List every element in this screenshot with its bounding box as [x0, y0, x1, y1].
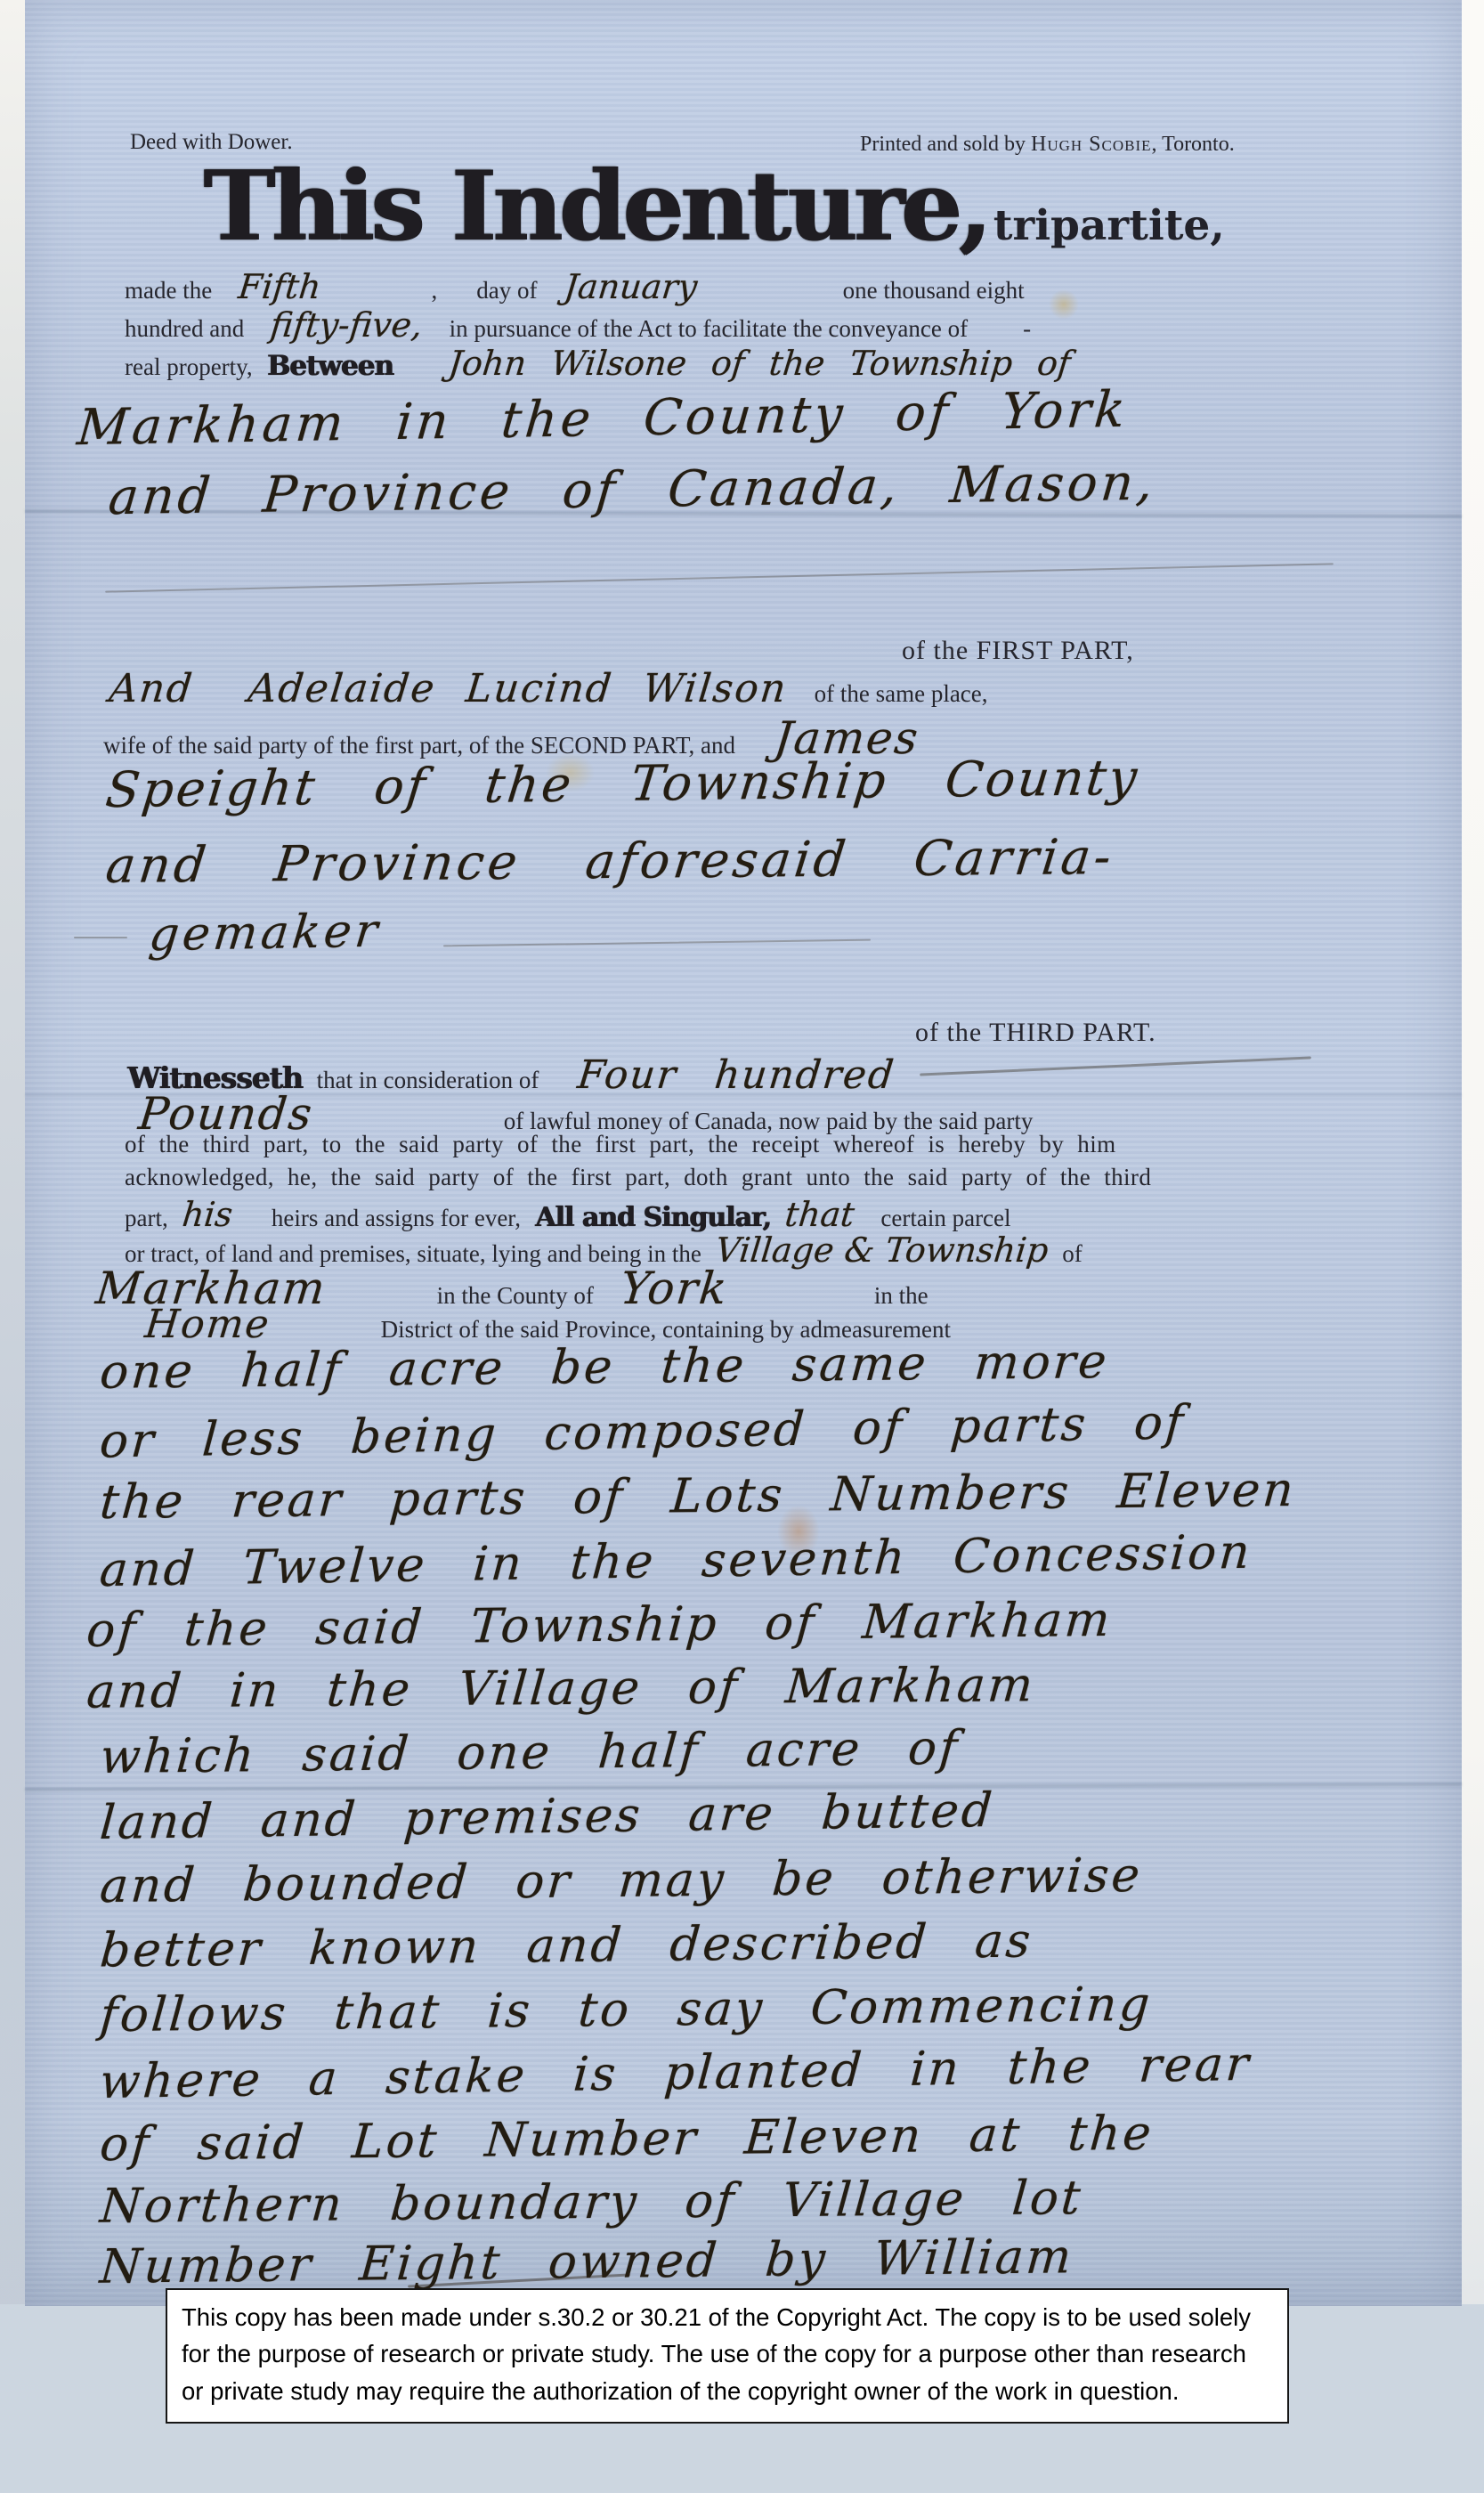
receipt-line-1: of the third part, to the said party of …	[125, 1131, 1116, 1158]
made-the-label: made the	[125, 277, 212, 304]
description-line: better known and described as	[98, 1914, 1034, 1978]
receipt-line-2: acknowledged, he, the said party of the …	[125, 1164, 1151, 1191]
part-word-label: part,	[125, 1205, 168, 1231]
description-line: Northern boundary of Village lot	[98, 2171, 1085, 2234]
scanned-deed-page: Deed with Dower. Printed and sold by Hug…	[25, 0, 1462, 2306]
opening-line-2: hundred and fifty-five, in pursuance of …	[125, 305, 1031, 345]
description-line: and bounded or may be otherwise	[98, 1848, 1144, 1913]
description-line: and Twelve in the seventh Concession	[98, 1525, 1254, 1597]
printer-imprint-suffix: , Toronto.	[1152, 133, 1235, 156]
day-of-label: day of	[476, 277, 537, 304]
ink-stroke	[74, 937, 127, 938]
hundred-and-label: hundred and	[125, 315, 244, 342]
same-place-label: of the same place,	[815, 680, 988, 707]
description-line: Number Eight owned by William	[98, 2229, 1075, 2294]
opening-line-1: made the Fifth , day of January one thou…	[125, 267, 1025, 306]
month-value-handwritten: January	[562, 267, 699, 306]
description-line: follows that is to say Commencing	[98, 1977, 1154, 2042]
scan-right-margin	[1460, 0, 1484, 2493]
copyright-notice: This copy has been made under s.30.2 or …	[166, 2288, 1289, 2424]
description-line: the rear parts of Lots Numbers Eleven	[98, 1463, 1298, 1530]
page-title: This Indenture,	[203, 150, 988, 263]
description-line: or less being composed of parts of	[98, 1395, 1188, 1468]
buyer-line1-handwritten: Speight of the Township County	[103, 749, 1143, 818]
description-line: of the said Township of Markham	[85, 1593, 1115, 1658]
real-property-label: real property,	[125, 353, 253, 380]
ink-stroke	[105, 563, 1334, 592]
ink-stroke	[920, 1056, 1311, 1076]
heirs-label: heirs and assigns for ever,	[272, 1205, 521, 1231]
scanned-document-view: { "colors": { "paper_blue": "#bfcce2", "…	[0, 0, 1484, 2493]
copyright-notice-line: or private study may require the authori…	[182, 2373, 1273, 2409]
buyer-line2-handwritten: and Province aforesaid Carria-	[103, 828, 1118, 894]
ink-stroke	[443, 939, 871, 947]
stain	[1049, 289, 1079, 320]
description-line: one half acre be the same more	[98, 1335, 1111, 1400]
wife-name-handwritten: Adelaide Lucind Wilson	[247, 666, 791, 711]
heirs-line: part, his heirs and assigns for ever, Al…	[125, 1195, 1011, 1234]
of-word: of	[1062, 1240, 1083, 1267]
copyright-notice-line: for the purpose of research or private s…	[182, 2335, 1273, 2372]
title-qualifier: tripartite,	[993, 201, 1225, 250]
between-label: Between	[267, 350, 393, 382]
title-line: This Indenture,tripartite,	[203, 158, 1225, 255]
all-singular-label: All and Singular,	[535, 1202, 771, 1233]
day-value-handwritten: Fifth	[237, 267, 323, 306]
third-part-label: of the THIRD PART.	[915, 1018, 1156, 1048]
first-part-label: of the FIRST PART,	[902, 636, 1134, 666]
comma: ,	[432, 277, 438, 304]
and-word-handwritten: And	[107, 666, 196, 711]
parcel-label: certain parcel	[880, 1205, 1010, 1231]
description-line: which said one half acre of	[98, 1721, 961, 1784]
that-handwritten: that	[783, 1195, 856, 1234]
grantor-line2-handwritten: Markham in the County of York	[75, 381, 1131, 458]
year-printed-label: one thousand eight	[843, 277, 1025, 304]
year-value-handwritten: fifty-five,	[269, 305, 425, 345]
description-line: where a stake is planted in the rear	[98, 2037, 1253, 2109]
district-handwritten: Home	[142, 1302, 272, 1347]
description-line: land and premises are butted	[98, 1783, 996, 1850]
copyright-notice-line: This copy has been made under s.30.2 or …	[182, 2299, 1273, 2335]
grantor-name-handwritten: John Wilsone of the Township of	[446, 344, 1072, 383]
second-party-line: And Adelaide Lucind Wilson of the same p…	[109, 666, 988, 711]
pursuance-label: in pursuance of the Act to facilitate th…	[450, 315, 969, 342]
description-line: of said Lot Number Eleven at the	[98, 2107, 1156, 2172]
buyer-line3-handwritten: gemaker	[147, 905, 384, 962]
opening-line-3: real property, Between John Wilsone of t…	[125, 344, 1070, 383]
his-handwritten: his	[180, 1195, 234, 1234]
printer-name: Hugh Scobie	[1031, 133, 1152, 156]
description-line: and in the Village of Markham	[85, 1658, 1037, 1718]
scan-left-margin	[0, 0, 27, 2493]
dash: -	[1023, 315, 1031, 342]
